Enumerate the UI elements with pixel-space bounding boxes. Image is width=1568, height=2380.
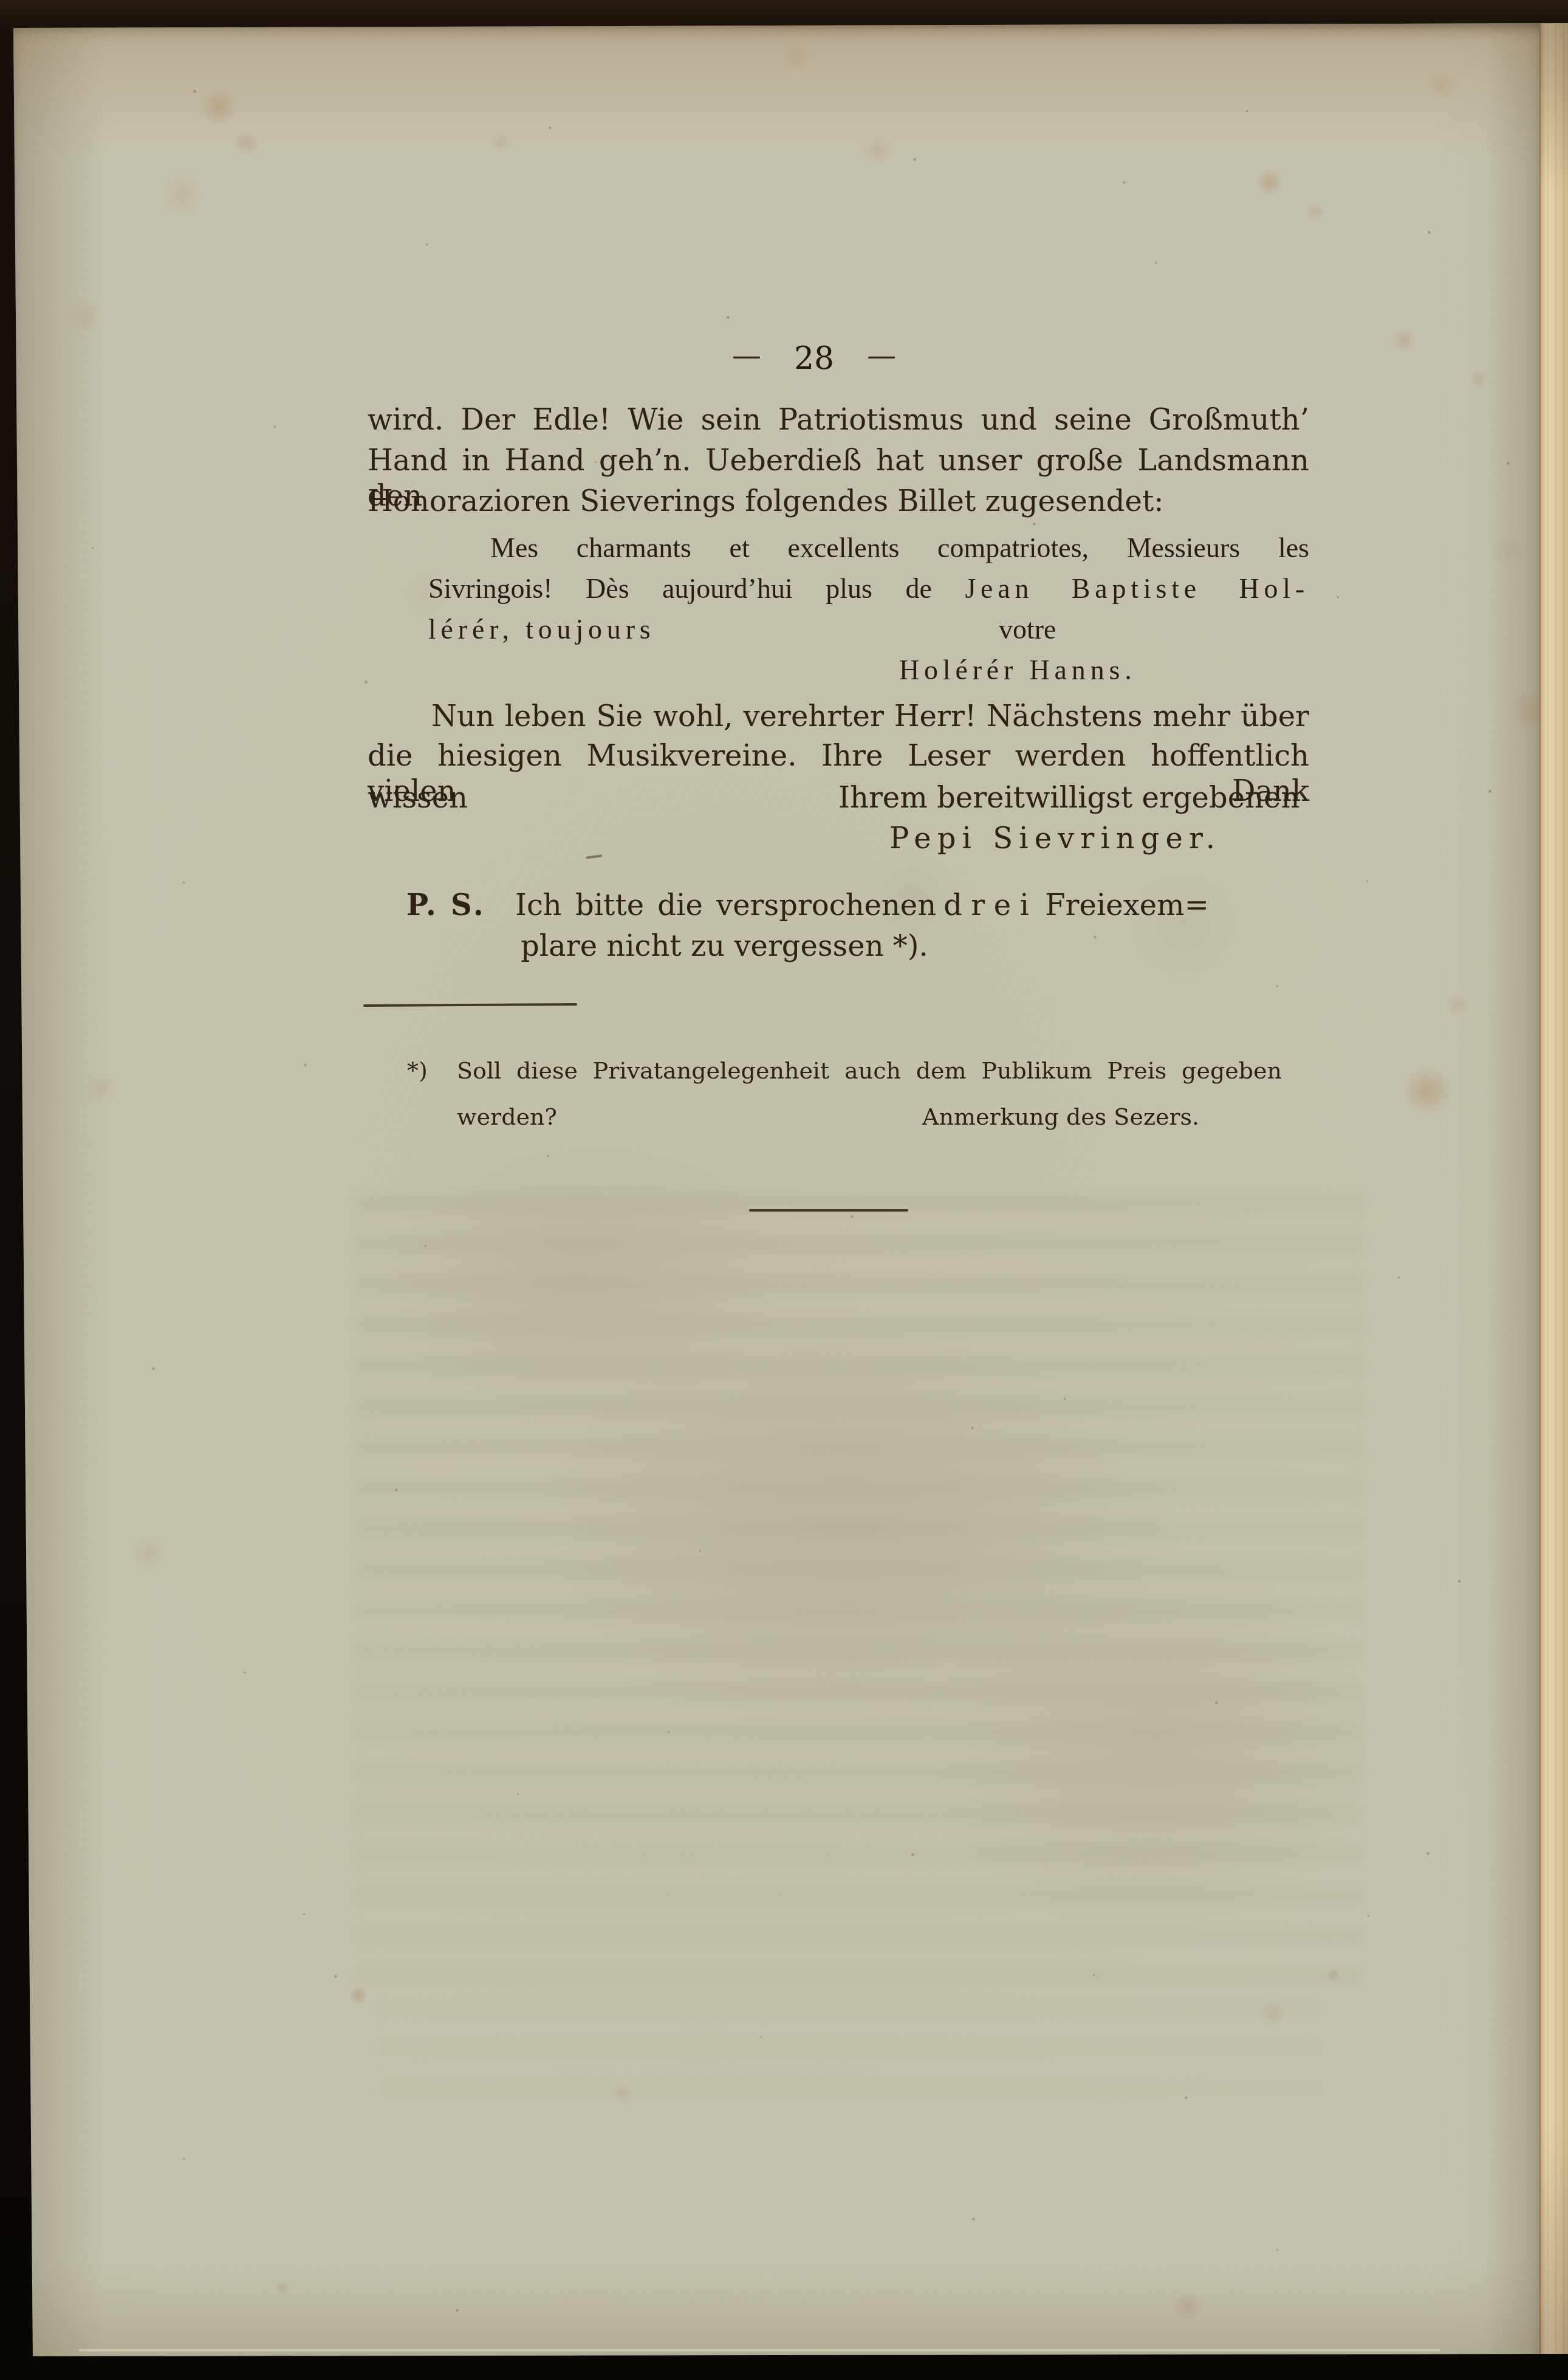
footnote-line-1-text: Soll diese Privatangelegenheit auch dem … bbox=[457, 1057, 1282, 1085]
section-end-rule bbox=[749, 1209, 908, 1212]
header-dash-left: — bbox=[732, 338, 761, 372]
footnote-marker: *) bbox=[407, 1057, 428, 1085]
postscript-text-end: Freiexem= bbox=[1045, 888, 1209, 922]
footnote-separator-rule bbox=[363, 1003, 577, 1007]
postscript-drei-spaced: drei bbox=[943, 888, 1038, 922]
letter-line-2-start: Sivringois! Dès aujourd’hui plus de bbox=[428, 573, 932, 604]
letter-line-1: Mes charmants et excellents compatriotes… bbox=[368, 531, 1309, 564]
header-dash-right: — bbox=[867, 338, 896, 372]
letter-line-2: Sivringois! Dès aujourd’hui plus de Jean… bbox=[368, 572, 1309, 605]
postscript-text-start: Ich bitte die versprochenen bbox=[515, 888, 936, 922]
letter-line-2-spaced-name: Jean Baptiste Hol- bbox=[965, 573, 1309, 604]
letter-line-3-votre: votre bbox=[999, 612, 1056, 646]
page-number: 28 bbox=[794, 340, 834, 377]
letter-line-3-left: lérér, toujours bbox=[428, 612, 656, 646]
stray-ink-dash bbox=[586, 854, 602, 859]
body-line-6-right: Ihrem bereitwilligst ergebenen bbox=[838, 781, 1299, 816]
page-header: —28— bbox=[368, 340, 1261, 377]
postscript-line-2-text: plare nicht zu vergessen *). bbox=[521, 929, 928, 964]
postscript-text: Ich bitte die versprochenendreiFreiexem= bbox=[515, 888, 1209, 924]
body-line-1: wird. Der Edle! Wie sein Patriotismus un… bbox=[368, 403, 1309, 438]
body-line-4: Nun leben Sie wohl, verehrter Herr! Näch… bbox=[368, 699, 1309, 735]
footnote-line-2-left: werden? bbox=[457, 1103, 557, 1131]
body-line-6-left: wissen bbox=[368, 781, 468, 816]
postscript-label: P. S. bbox=[406, 888, 485, 924]
body-line-3: Honorazioren Sieverings folgendes Billet… bbox=[368, 484, 1309, 520]
letter-signature: Holérér Hanns. bbox=[899, 653, 1137, 687]
signature-name: Pepi Sievringer. bbox=[889, 821, 1221, 857]
book-page-scan: —28— wird. Der Edle! Wie sein Patriotism… bbox=[0, 0, 1568, 2380]
typesetter-note: Anmerkung des Sezers. bbox=[922, 1103, 1199, 1131]
printed-text: —28— wird. Der Edle! Wie sein Patriotism… bbox=[0, 0, 1568, 2380]
